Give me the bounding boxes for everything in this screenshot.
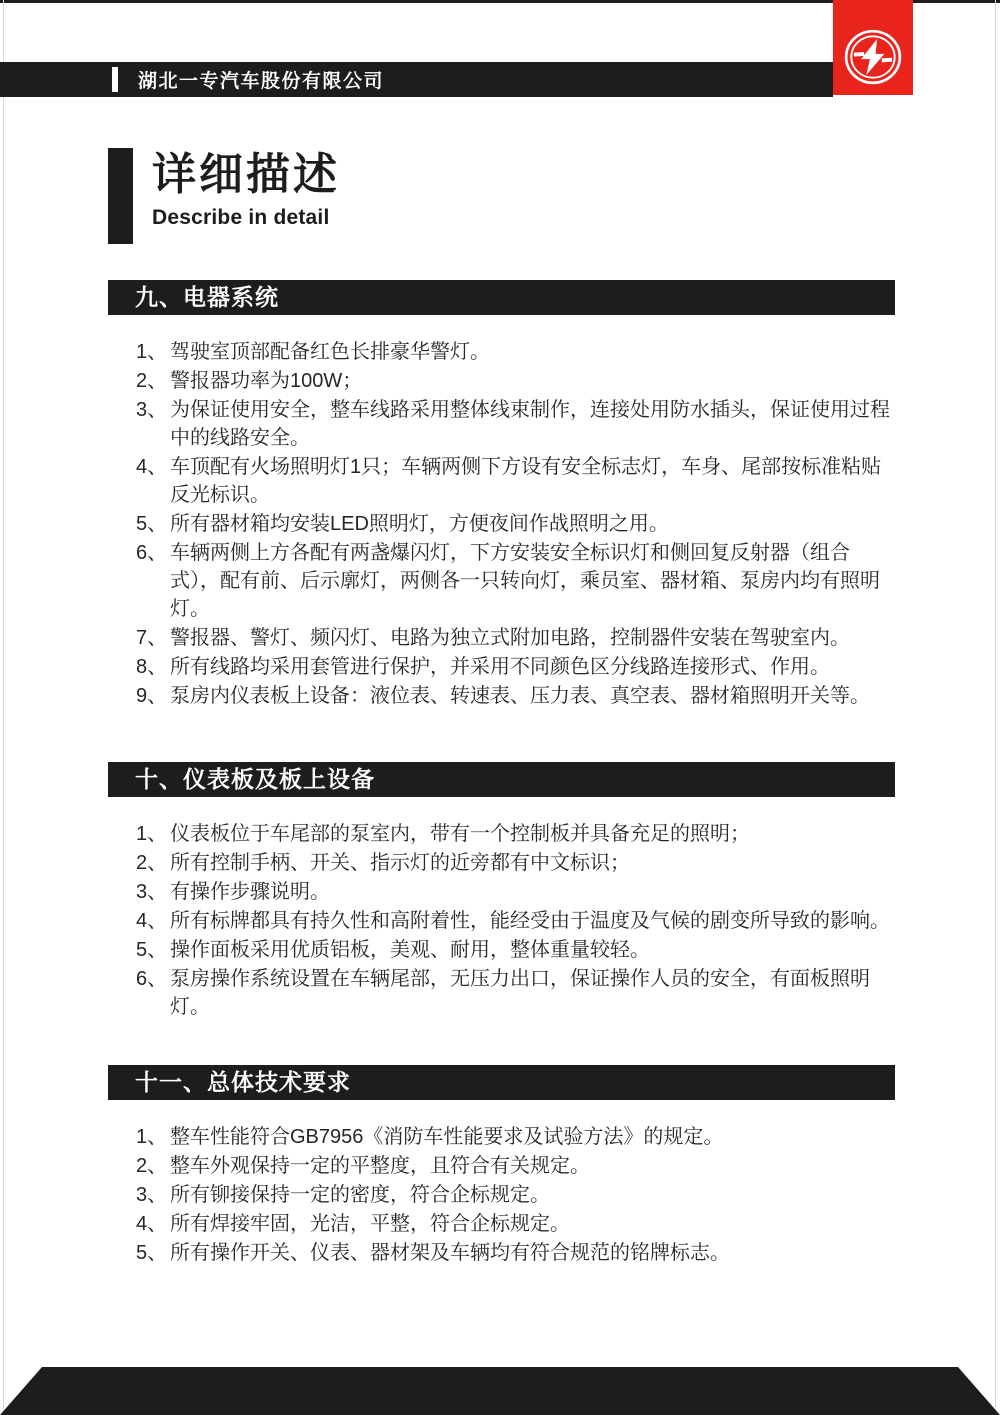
- list-item: 1、仪表板位于车尾部的泵室内，带有一个控制板并具备充足的照明；: [108, 820, 895, 848]
- list-item: 4、车顶配有火场照明灯1只；车辆两侧下方设有安全标志灯，车身、尾部按标准粘贴反光…: [108, 453, 895, 509]
- item-number: 9、: [136, 682, 167, 710]
- title-block: 详细描述 Describe in detail: [108, 148, 340, 244]
- list-item: 3、有操作步骤说明。: [108, 878, 895, 906]
- item-text: 有操作步骤说明。: [170, 881, 330, 903]
- item-text: 所有器材箱均安装LED照明灯，方便夜间作战照明之用。: [170, 513, 669, 535]
- list-item: 6、车辆两侧上方各配有两盏爆闪灯，下方安装安全标识灯和侧回复反射器（组合式），配…: [108, 539, 895, 623]
- list-item: 5、操作面板采用优质铝板，美观、耐用，整体重量较轻。: [108, 936, 895, 964]
- item-text: 车顶配有火场照明灯1只；车辆两侧下方设有安全标志灯，车身、尾部按标准粘贴反光标识…: [170, 456, 881, 506]
- item-number: 8、: [136, 653, 167, 681]
- list-item: 1、驾驶室顶部配备红色长排豪华警灯。: [108, 338, 895, 366]
- list-item: 2、警报器功率为100W；: [108, 367, 895, 395]
- list-item: 4、所有焊接牢固，光洁，平整，符合企标规定。: [108, 1210, 895, 1238]
- item-text: 所有铆接保持一定的密度，符合企标规定。: [170, 1184, 550, 1206]
- section-heading-instrument-panel: 十、仪表板及板上设备: [108, 762, 895, 797]
- footer-bar: [0, 1367, 1000, 1415]
- item-number: 2、: [136, 849, 167, 877]
- header-tick-mark: [112, 67, 118, 92]
- electrical-system-list: 1、驾驶室顶部配备红色长排豪华警灯。2、警报器功率为100W；3、为保证使用安全…: [108, 338, 895, 710]
- page-subtitle: Describe in detail: [152, 206, 340, 230]
- item-number: 3、: [136, 396, 167, 424]
- content-column: 九、电器系统 1、驾驶室顶部配备红色长排豪华警灯。2、警报器功率为100W；3、…: [108, 280, 895, 1268]
- item-text: 仪表板位于车尾部的泵室内，带有一个控制板并具备充足的照明；: [170, 823, 750, 845]
- item-number: 4、: [136, 453, 167, 481]
- item-number: 7、: [136, 624, 167, 652]
- item-text: 所有操作开关、仪表、器材架及车辆均有符合规范的铭牌标志。: [170, 1242, 730, 1264]
- document-page: { "header": { "company": "湖北一专汽车股份有限公司" …: [0, 0, 1000, 1415]
- item-text: 所有控制手柄、开关、指示灯的近旁都有中文标识；: [170, 852, 630, 874]
- item-number: 5、: [136, 936, 167, 964]
- item-text: 为保证使用安全，整车线路采用整体线束制作，连接处用防水插头，保证使用过程中的线路…: [170, 399, 890, 449]
- list-item: 3、为保证使用安全，整车线路采用整体线束制作，连接处用防水插头，保证使用过程中的…: [108, 396, 895, 452]
- title-texts: 详细描述 Describe in detail: [152, 148, 340, 244]
- section-heading-electrical-system: 九、电器系统: [108, 280, 895, 315]
- logo-block: [833, 0, 913, 95]
- item-number: 2、: [136, 1152, 167, 1180]
- item-number: 3、: [136, 1181, 167, 1209]
- list-item: 3、所有铆接保持一定的密度，符合企标规定。: [108, 1181, 895, 1209]
- item-text: 车辆两侧上方各配有两盏爆闪灯，下方安装安全标识灯和侧回复反射器（组合式），配有前…: [170, 542, 880, 620]
- list-item: 2、所有控制手柄、开关、指示灯的近旁都有中文标识；: [108, 849, 895, 877]
- item-number: 1、: [136, 1123, 167, 1151]
- page-title: 详细描述: [152, 150, 340, 201]
- instrument-panel-list: 1、仪表板位于车尾部的泵室内，带有一个控制板并具备充足的照明；2、所有控制手柄、…: [108, 820, 895, 1021]
- item-number: 3、: [136, 878, 167, 906]
- item-number: 4、: [136, 907, 167, 935]
- item-text: 整车外观保持一定的平整度，且符合有关规定。: [170, 1155, 590, 1177]
- item-number: 6、: [136, 539, 167, 567]
- item-text: 泵房内仪表板上设备：液位表、转速表、压力表、真空表、器材箱照明开关等。: [170, 685, 870, 707]
- company-name: 湖北一专汽车股份有限公司: [138, 66, 384, 93]
- page-right-rule: [995, 0, 996, 1415]
- overall-requirements-list: 1、整车性能符合GB7956《消防车性能要求及试验方法》的规定。2、整车外观保持…: [108, 1123, 895, 1267]
- list-item: 2、整车外观保持一定的平整度，且符合有关规定。: [108, 1152, 895, 1180]
- title-accent-bar: [108, 148, 133, 244]
- list-item: 6、泵房操作系统设置在车辆尾部，无压力出口，保证操作人员的安全，有面板照明灯。: [108, 965, 895, 1021]
- item-text: 操作面板采用优质铝板，美观、耐用，整体重量较轻。: [170, 939, 650, 961]
- item-text: 泵房操作系统设置在车辆尾部，无压力出口，保证操作人员的安全，有面板照明灯。: [170, 968, 870, 1018]
- item-number: 5、: [136, 1239, 167, 1267]
- list-item: 8、所有线路均采用套管进行保护，并采用不同颜色区分线路连接形式、作用。: [108, 653, 895, 681]
- item-text: 警报器功率为100W；: [170, 370, 362, 392]
- item-text: 警报器、警灯、频闪灯、电路为独立式附加电路，控制器件安装在驾驶室内。: [170, 627, 850, 649]
- item-number: 5、: [136, 510, 167, 538]
- section-heading-overall-requirements: 十一、总体技术要求: [108, 1065, 895, 1100]
- item-text: 所有焊接牢固，光洁，平整，符合企标规定。: [170, 1213, 570, 1235]
- list-item: 7、警报器、警灯、频闪灯、电路为独立式附加电路，控制器件安装在驾驶室内。: [108, 624, 895, 652]
- item-text: 所有标牌都具有持久性和高附着性，能经受由于温度及气候的剧变所导致的影响。: [170, 910, 890, 932]
- item-number: 4、: [136, 1210, 167, 1238]
- item-text: 驾驶室顶部配备红色长排豪华警灯。: [170, 341, 490, 363]
- page-left-rule: [3, 0, 4, 1415]
- list-item: 5、所有操作开关、仪表、器材架及车辆均有符合规范的铭牌标志。: [108, 1239, 895, 1267]
- item-number: 1、: [136, 338, 167, 366]
- item-number: 6、: [136, 965, 167, 993]
- company-header-bar: 湖北一专汽车股份有限公司: [0, 62, 833, 97]
- list-item: 5、所有器材箱均安装LED照明灯，方便夜间作战照明之用。: [108, 510, 895, 538]
- lightning-bolt-emblem-icon: [842, 26, 904, 88]
- list-item: 9、泵房内仪表板上设备：液位表、转速表、压力表、真空表、器材箱照明开关等。: [108, 682, 895, 710]
- item-text: 所有线路均采用套管进行保护，并采用不同颜色区分线路连接形式、作用。: [170, 656, 830, 678]
- list-item: 1、整车性能符合GB7956《消防车性能要求及试验方法》的规定。: [108, 1123, 895, 1151]
- item-number: 1、: [136, 820, 167, 848]
- item-number: 2、: [136, 367, 167, 395]
- item-text: 整车性能符合GB7956《消防车性能要求及试验方法》的规定。: [170, 1126, 723, 1148]
- list-item: 4、所有标牌都具有持久性和高附着性，能经受由于温度及气候的剧变所导致的影响。: [108, 907, 895, 935]
